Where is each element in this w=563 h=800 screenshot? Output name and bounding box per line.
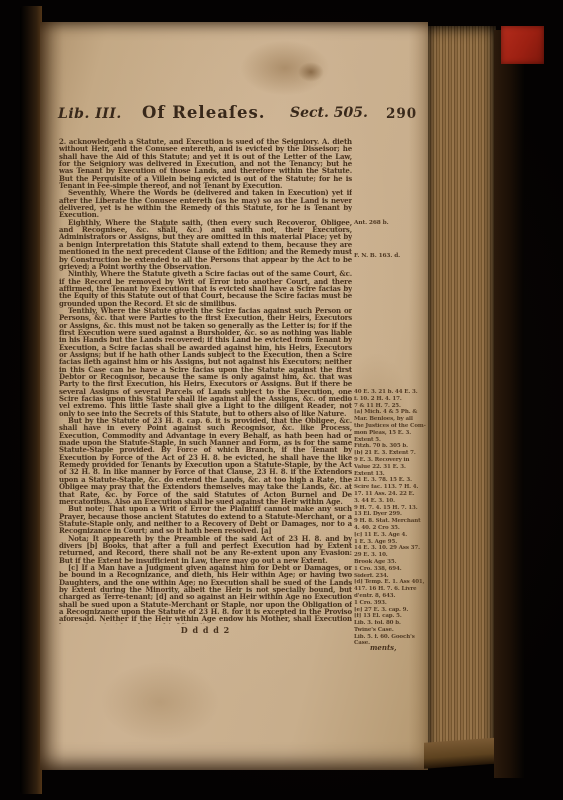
margin-citation: Extent 13. [354, 471, 434, 478]
margin-citation: 7 & 11 H. 7. 25. [354, 403, 434, 410]
margin-citation: f. 10. 2 H. 4. 17. [354, 396, 434, 403]
paragraph: Tenthly, Where the Statute giveth the Sc… [59, 307, 352, 417]
margin-citation: Mar. Benloes, by all [354, 416, 434, 423]
margin-citation: 40 E. 3. 21 b. 44 E. 3. [354, 389, 434, 396]
margin-citation: 17. 11 Ass. 24. 22 E. [354, 491, 434, 498]
margin-citation: 13 El. Dyer 299. [354, 511, 434, 518]
paragraph: Nota; It appeareth by the Preamble of th… [59, 535, 352, 564]
paragraph: Seventhly, Where the Words be (delivered… [59, 189, 352, 218]
margin-note: Ant. 268 b. [354, 220, 432, 227]
catchword: ments, [370, 643, 397, 652]
margin-citation: 14 E. 3. 10. 29 Ass 37. [354, 545, 434, 552]
book-volume-label: Lib. III. [58, 106, 122, 122]
margin-citation: [a] Mich. 4 & 5 Ph. & [354, 409, 434, 416]
margin-citation: 1 Cro. 393. [354, 600, 434, 607]
red-edge-label [501, 26, 544, 64]
page-fore-edge-stack [428, 26, 496, 764]
margin-citation: 9 H. 8. Stat. Merchant [354, 518, 434, 525]
margin-citation: the Justices of the Com- [354, 423, 434, 430]
margin-citation: 1 Cro. 338, 694. [354, 566, 434, 573]
margin-citation: Brook Age 35. [354, 559, 434, 566]
margin-citation: 9 E. 3. Recovery in [354, 457, 434, 464]
book-spine-left [20, 6, 42, 794]
margin-citation: [e] 27 E. 3. cap. 9. [354, 607, 434, 614]
margin-citations-column: 40 E. 3. 21 b. 44 E. 3.f. 10. 2 H. 4. 17… [354, 389, 434, 647]
margin-citation: Extent 5. [354, 437, 434, 444]
margin-citation: [f] 13 El. cap. 5. [354, 613, 434, 620]
page-header: Lib. III. Of Releaſes. Sect. 505. 290 [40, 100, 428, 128]
margin-citation: 21 E. 3. 78. 15 E. 3. [354, 477, 434, 484]
paragraph: But note; That upon a Writ of Error the … [59, 505, 352, 534]
book-page: Lib. III. Of Releaſes. Sect. 505. 290 2.… [40, 22, 428, 770]
margin-citation: Twine's Case. [354, 627, 434, 634]
margin-citation: Scire fac. 113. 7 H. 4. [354, 484, 434, 491]
margin-citation: 1 E. 3. Age 95. [354, 539, 434, 546]
page-number: 290 [386, 106, 417, 122]
margin-citation: [b] 21 E. 3. Extent 7. [354, 450, 434, 457]
paragraph: Ninthly, Where the Statute giveth a Scir… [59, 270, 352, 307]
margin-citation: [d] Temp. E. 1. Ass 401, [354, 579, 434, 586]
section-label: Sect. 505. [290, 105, 368, 121]
margin-citation: 3. 44 E. 3. 10. [354, 498, 434, 505]
margin-citation: d'entr. 8, 643. [354, 593, 434, 600]
paper-stain [240, 40, 330, 96]
book-cover-right [494, 30, 524, 778]
margin-citation: Fitzh. 70 b. 305 b. [354, 443, 434, 450]
paragraph: Eighthly, Where the Statute saith, (then… [59, 219, 352, 270]
page-title: Of Releaſes. [142, 103, 266, 122]
paper-stain [298, 62, 324, 82]
page-edge-bottom [424, 737, 502, 768]
body-text-block: 2. acknowledgeth a Statute, and Executio… [59, 138, 352, 624]
paragraph: 2. acknowledgeth a Statute, and Executio… [59, 138, 352, 189]
margin-citation: 417. 16 H. 7. 6. Livre [354, 586, 434, 593]
margin-citation: 29 E. 3. 10. [354, 552, 434, 559]
margin-citation: Lib. 3. fol. 80 b. [354, 620, 434, 627]
margin-citation: 4. 40. 2 Cro 35. [354, 525, 434, 532]
margin-citation: mon Pleas, 15 E. 3. [354, 430, 434, 437]
margin-citation: Siderf. 234. [354, 573, 434, 580]
margin-citation: [c] 11 E. 3. Age 4. [354, 532, 434, 539]
paper-stain [100, 662, 220, 742]
paragraph: But by the Statute of 23 H. 8. cap. 6. i… [59, 417, 352, 505]
margin-note: F. N. B. 163. d. [354, 253, 432, 260]
printer-signature: D d d d 2 [59, 625, 352, 635]
margin-citation: 9 H. 7. 4. 15 H. 7. 13. [354, 505, 434, 512]
margin-citation: Value 22. 31 E. 3. [354, 464, 434, 471]
margin-citation: Lib. 5. f. 60. Gooch's [354, 634, 434, 641]
photo-background: Lib. III. Of Releaſes. Sect. 505. 290 2.… [0, 0, 563, 800]
paragraph: [c] If a Man have a Judgment given again… [59, 564, 352, 624]
